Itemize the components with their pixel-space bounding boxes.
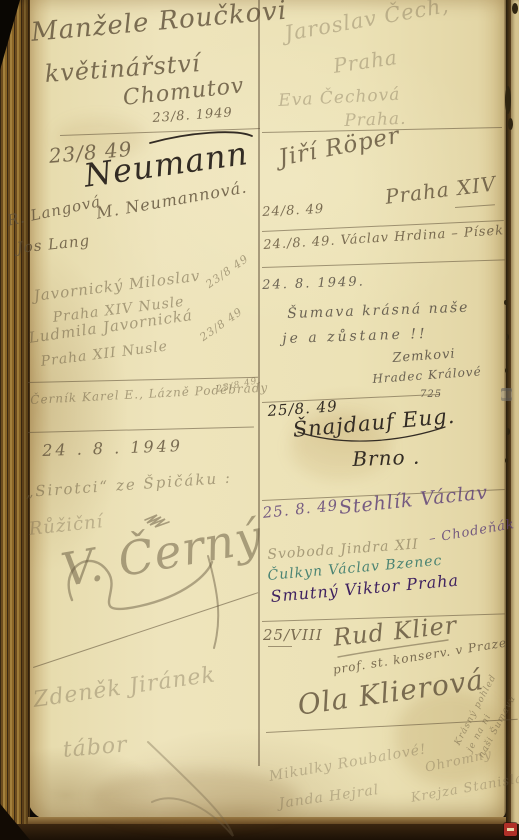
entry-roper-date: 24/8. 49 xyxy=(262,203,325,219)
minus-icon xyxy=(507,828,514,831)
entry-snajdauf-place: Brno . xyxy=(352,447,421,469)
edge-spot xyxy=(505,368,508,373)
edge-spot xyxy=(504,300,507,305)
page-marker xyxy=(501,388,512,401)
guestbook-scan: Manžele Roučkovi květinářství Chomutov 2… xyxy=(0,0,519,840)
underline-viii xyxy=(268,646,292,647)
edge-spot xyxy=(506,334,509,340)
entry-sumava-number: 725 xyxy=(420,390,442,400)
book-cover-bottom xyxy=(0,824,519,840)
entry-jiranek-place: tábor xyxy=(62,734,128,762)
edge-spot xyxy=(505,86,511,114)
edge-spot xyxy=(512,3,518,14)
edge-spot xyxy=(505,458,508,463)
red-minus-badge[interactable] xyxy=(504,823,517,836)
book-binding-edge xyxy=(0,0,30,840)
entry-sumava-date: 24. 8. 1949. xyxy=(262,275,365,292)
entry-klier-date: 25/VIII xyxy=(263,628,323,643)
edge-spot xyxy=(506,428,510,435)
edge-spot xyxy=(508,118,513,130)
